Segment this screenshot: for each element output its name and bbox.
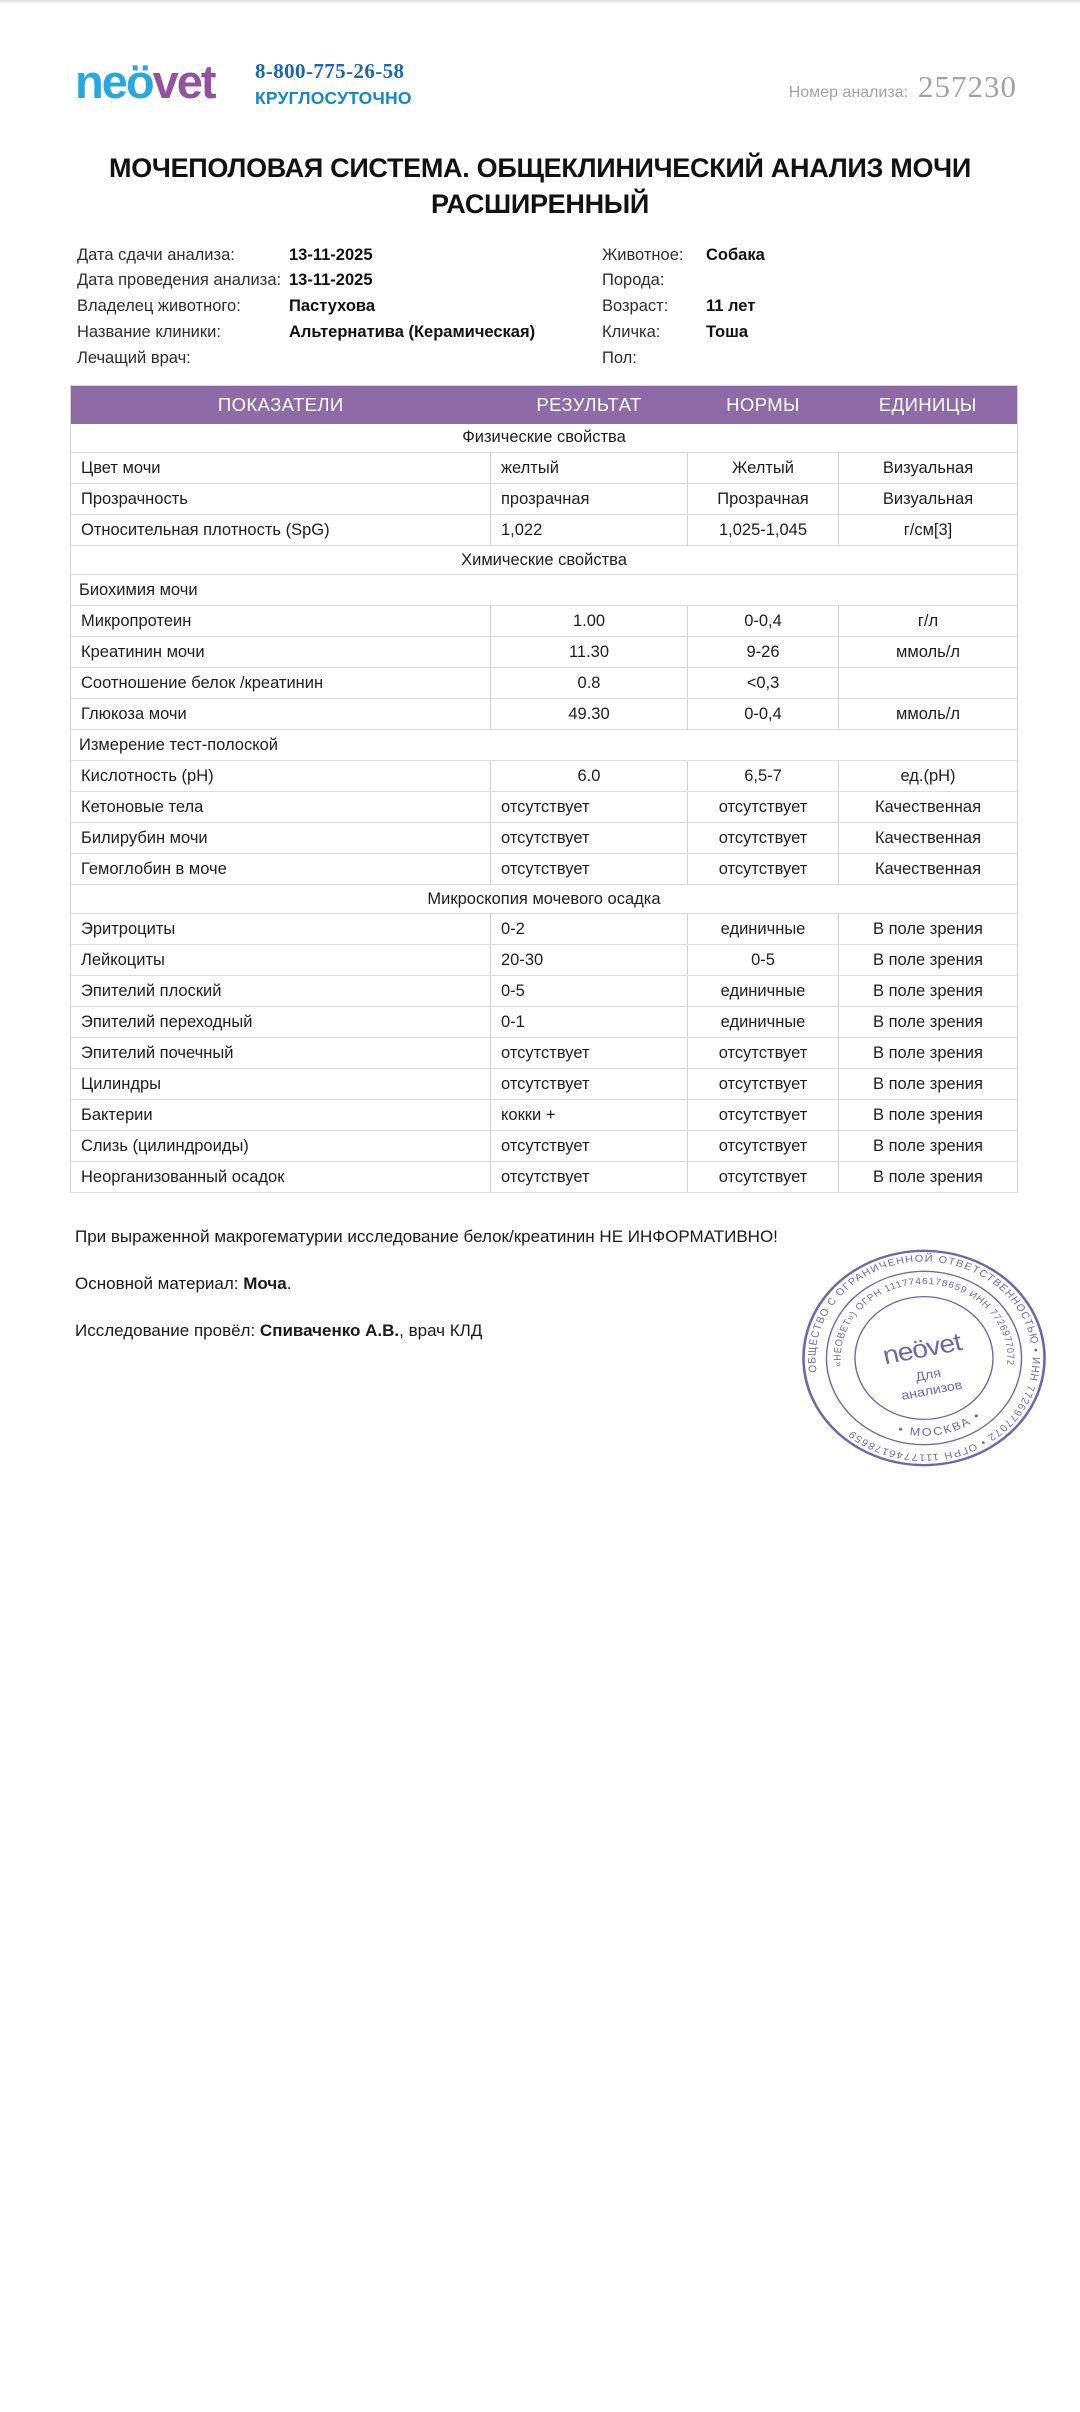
cell-norm: 0-5 xyxy=(688,945,839,976)
cell-indicator: Креатинин мочи xyxy=(71,637,491,668)
note-performed-label: Исследование провёл: xyxy=(75,1321,260,1340)
table-subsection-row: Биохимия мочи xyxy=(71,575,1018,606)
cell-norm: единичные xyxy=(688,976,839,1007)
cell-result: 0.8 xyxy=(491,668,688,699)
cell-indicator: Эпителий почечный xyxy=(71,1038,491,1069)
cell-unit: В поле зрения xyxy=(839,1131,1018,1162)
cell-indicator: Относительная плотность (SpG) xyxy=(71,515,491,546)
info-row: Название клиники:Альтернатива (Керамичес… xyxy=(77,320,602,346)
table-row: Микропротеин1.000-0,4г/л xyxy=(71,606,1018,637)
cell-norm: 0-0,4 xyxy=(688,606,839,637)
info-row: Дата сдачи анализа:13-11-2025 xyxy=(77,242,602,268)
info-value: Пастухова xyxy=(289,297,375,316)
cell-indicator: Гемоглобин в моче xyxy=(71,854,491,885)
cell-unit: ммоль/л xyxy=(839,637,1018,668)
cell-result: 1,022 xyxy=(491,515,688,546)
cell-unit: ед.(pH) xyxy=(839,761,1018,792)
info-label: Животное: xyxy=(602,246,706,265)
clinic-stamp: ОБЩЕСТВО С ОГРАНИЧЕННОЙ ОТВЕТСТВЕННОСТЬЮ… xyxy=(798,1246,1050,1470)
table-row: Неорганизованный осадокотсутствуетотсутс… xyxy=(71,1162,1018,1193)
cell-indicator: Кетоновые тела xyxy=(71,792,491,823)
info-row: Пол: xyxy=(602,345,1002,371)
lab-report-page: { "colors":{ "header_purple":"#8e6aa6", … xyxy=(0,0,1080,2412)
cell-result: 20-30 xyxy=(491,945,688,976)
note-performed-suffix: , врач КЛД xyxy=(399,1321,482,1340)
info-label: Пол: xyxy=(602,349,706,368)
info-value: Альтернатива (Керамическая) xyxy=(289,323,535,342)
info-label: Дата проведения анализа: xyxy=(77,271,289,290)
cell-norm: 9-26 xyxy=(688,637,839,668)
cell-result: отсутствует xyxy=(491,1162,688,1193)
cell-norm: 6,5-7 xyxy=(688,761,839,792)
patient-info: Дата сдачи анализа:13-11-2025Дата провед… xyxy=(77,242,1017,371)
info-value: Тоша xyxy=(706,323,748,342)
info-row: Животное:Собака xyxy=(602,242,1002,268)
info-label: Возраст: xyxy=(602,297,706,316)
cell-result: желтый xyxy=(491,453,688,484)
cell-unit: Визуальная xyxy=(839,453,1018,484)
cell-indicator: Эпителий плоский xyxy=(71,976,491,1007)
table-section-row: Микроскопия мочевого осадка xyxy=(71,885,1018,914)
table-subsection-label: Биохимия мочи xyxy=(71,575,1018,606)
cell-indicator: Цвет мочи xyxy=(71,453,491,484)
table-row: Эпителий переходный0-1единичныеВ поле зр… xyxy=(71,1007,1018,1038)
cell-indicator: Слизь (цилиндроиды) xyxy=(71,1131,491,1162)
cell-norm: отсутствует xyxy=(688,792,839,823)
cell-norm: 0-0,4 xyxy=(688,699,839,730)
info-row: Дата проведения анализа:13-11-2025 xyxy=(77,268,602,294)
cell-result: прозрачная xyxy=(491,484,688,515)
cell-norm: отсутствует xyxy=(688,823,839,854)
analysis-number-block: Номер анализа: 257230 xyxy=(789,69,1017,105)
table-section-row: Химические свойства xyxy=(71,546,1018,575)
info-label: Порода: xyxy=(602,271,706,290)
cell-unit: В поле зрения xyxy=(839,1069,1018,1100)
cell-norm: <0,3 xyxy=(688,668,839,699)
cell-indicator: Глюкоза мочи xyxy=(71,699,491,730)
cell-indicator: Неорганизованный осадок xyxy=(71,1162,491,1193)
cell-unit: В поле зрения xyxy=(839,1162,1018,1193)
table-row: Билирубин мочиотсутствуетотсутствуетКаче… xyxy=(71,823,1018,854)
cell-norm: отсутствует xyxy=(688,1069,839,1100)
stamp-logo: neövet xyxy=(880,1327,965,1369)
info-row: Возраст:11 лет xyxy=(602,294,1002,320)
table-subsection-label: Измерение тест-полоской xyxy=(71,730,1018,761)
cell-unit: Визуальная xyxy=(839,484,1018,515)
info-value: 13-11-2025 xyxy=(289,271,373,290)
info-label: Владелец животного: xyxy=(77,297,289,316)
table-section-label: Микроскопия мочевого осадка xyxy=(71,885,1018,914)
cell-unit: В поле зрения xyxy=(839,1100,1018,1131)
clinic-logo-part1: neö xyxy=(75,55,153,108)
cell-unit: В поле зрения xyxy=(839,1038,1018,1069)
cell-indicator: Соотношение белок /креатинин xyxy=(71,668,491,699)
info-label: Лечащий врач: xyxy=(77,349,289,368)
table-row: Слизь (цилиндроиды)отсутствуетотсутствуе… xyxy=(71,1131,1018,1162)
cell-indicator: Билирубин мочи xyxy=(71,823,491,854)
patient-info-left: Дата сдачи анализа:13-11-2025Дата провед… xyxy=(77,242,602,371)
table-row: Креатинин мочи11.309-26ммоль/л xyxy=(71,637,1018,668)
table-row: Соотношение белок /креатинин0.8<0,3 xyxy=(71,668,1018,699)
table-row: Эритроциты0-2единичныеВ поле зрения xyxy=(71,914,1018,945)
note-material-label: Основной материал: xyxy=(75,1274,243,1293)
cell-norm: отсутствует xyxy=(688,1162,839,1193)
cell-unit: Качественная xyxy=(839,854,1018,885)
results-table: ПОКАЗАТЕЛИРЕЗУЛЬТАТНОРМЫЕДИНИЦЫ Физическ… xyxy=(70,385,1018,1193)
cell-unit xyxy=(839,668,1018,699)
cell-unit: В поле зрения xyxy=(839,976,1018,1007)
table-row: Гемоглобин в мочеотсутствуетотсутствуетК… xyxy=(71,854,1018,885)
column-header: РЕЗУЛЬТАТ xyxy=(491,386,688,424)
cell-indicator: Эпителий переходный xyxy=(71,1007,491,1038)
note-performed-value: Спиваченко А.В. xyxy=(260,1321,399,1340)
info-value: 11 лет xyxy=(706,297,755,316)
table-row: Бактериикокки +отсутствуетВ поле зрения xyxy=(71,1100,1018,1131)
table-row: Эпителий почечныйотсутствуетотсутствуетВ… xyxy=(71,1038,1018,1069)
top-divider xyxy=(0,0,1080,3)
cell-result: 1.00 xyxy=(491,606,688,637)
info-label: Название клиники: xyxy=(77,323,289,342)
cell-norm: Прозрачная xyxy=(688,484,839,515)
cell-indicator: Цилиндры xyxy=(71,1069,491,1100)
cell-result: 0-5 xyxy=(491,976,688,1007)
cell-unit: В поле зрения xyxy=(839,1007,1018,1038)
cell-norm: отсутствует xyxy=(688,854,839,885)
cell-unit: г/см[3] xyxy=(839,515,1018,546)
cell-result: отсутствует xyxy=(491,792,688,823)
info-row: Лечащий врач: xyxy=(77,345,602,371)
cell-indicator: Прозрачность xyxy=(71,484,491,515)
table-section-row: Физические свойства xyxy=(71,424,1018,453)
cell-unit: г/л xyxy=(839,606,1018,637)
note-material-suffix: . xyxy=(287,1274,292,1293)
column-header: НОРМЫ xyxy=(688,386,839,424)
note-material-value: Моча xyxy=(243,1274,286,1293)
info-row: Владелец животного:Пастухова xyxy=(77,294,602,320)
cell-norm: отсутствует xyxy=(688,1038,839,1069)
cell-result: 49.30 xyxy=(491,699,688,730)
cell-norm: 1,025-1,045 xyxy=(688,515,839,546)
table-row: Относительная плотность (SpG)1,0221,025-… xyxy=(71,515,1018,546)
cell-norm: единичные xyxy=(688,1007,839,1038)
cell-result: 6.0 xyxy=(491,761,688,792)
cell-result: отсутствует xyxy=(491,854,688,885)
cell-result: отсутствует xyxy=(491,1038,688,1069)
clinic-stamp-svg: ОБЩЕСТВО С ОГРАНИЧЕННОЙ ОТВЕТСТВЕННОСТЬЮ… xyxy=(798,1246,1050,1470)
info-row: Порода: xyxy=(602,268,1002,294)
table-section-label: Химические свойства xyxy=(71,546,1018,575)
cell-indicator: Кислотность (pH) xyxy=(71,761,491,792)
cell-indicator: Эритроциты xyxy=(71,914,491,945)
table-body: Физические свойстваЦвет мочижелтыйЖелтый… xyxy=(71,424,1018,1193)
phone-availability: КРУГЛОСУТОЧНО xyxy=(255,88,412,109)
analysis-number-label: Номер анализа: xyxy=(789,84,908,102)
cell-unit: ммоль/л xyxy=(839,699,1018,730)
cell-result: отсутствует xyxy=(491,1131,688,1162)
phone-number: 8-800-775-26-58 xyxy=(255,59,412,84)
cell-result: отсутствует xyxy=(491,1069,688,1100)
column-header: ПОКАЗАТЕЛИ xyxy=(71,386,491,424)
table-subsection-row: Измерение тест-полоской xyxy=(71,730,1018,761)
column-header: ЕДИНИЦЫ xyxy=(839,386,1018,424)
table-row: ЦилиндрыотсутствуетотсутствуетВ поле зре… xyxy=(71,1069,1018,1100)
cell-norm: отсутствует xyxy=(688,1100,839,1131)
cell-unit: Качественная xyxy=(839,792,1018,823)
table-header-row: ПОКАЗАТЕЛИРЕЗУЛЬТАТНОРМЫЕДИНИЦЫ xyxy=(71,386,1018,424)
report-header: neövet 8-800-775-26-58 КРУГЛОСУТОЧНО Ном… xyxy=(75,53,1017,121)
cell-indicator: Микропротеин xyxy=(71,606,491,637)
cell-norm: единичные xyxy=(688,914,839,945)
cell-unit: В поле зрения xyxy=(839,945,1018,976)
table-row: Лейкоциты20-300-5В поле зрения xyxy=(71,945,1018,976)
cell-indicator: Лейкоциты xyxy=(71,945,491,976)
cell-norm: отсутствует xyxy=(688,1131,839,1162)
info-value: Собака xyxy=(706,246,765,265)
info-label: Дата сдачи анализа: xyxy=(77,246,289,265)
clinic-logo-part2: vet xyxy=(153,55,215,108)
table-row: Цвет мочижелтыйЖелтыйВизуальная xyxy=(71,453,1018,484)
cell-result: 0-2 xyxy=(491,914,688,945)
cell-unit: В поле зрения xyxy=(839,914,1018,945)
table-row: Эпителий плоский0-5единичныеВ поле зрени… xyxy=(71,976,1018,1007)
stamp-city-text: • МОСКВА • xyxy=(894,1407,987,1445)
note-warning: При выраженной макрогематурии исследован… xyxy=(75,1227,1017,1247)
clinic-logo: neövet xyxy=(75,53,215,111)
info-row: Кличка:Тоша xyxy=(602,320,1002,346)
cell-result: отсутствует xyxy=(491,823,688,854)
analysis-number-value: 257230 xyxy=(918,69,1017,105)
table-row: Кислотность (pH)6.06,5-7ед.(pH) xyxy=(71,761,1018,792)
cell-result: 11.30 xyxy=(491,637,688,668)
cell-result: 0-1 xyxy=(491,1007,688,1038)
report-title: МОЧЕПОЛОВАЯ СИСТЕМА. ОБЩЕКЛИНИЧЕСКИЙ АНА… xyxy=(85,151,995,222)
info-value: 13-11-2025 xyxy=(289,246,373,265)
table-row: Кетоновые телаотсутствуетотсутствуетКаче… xyxy=(71,792,1018,823)
cell-result: кокки + xyxy=(491,1100,688,1131)
table-row: ПрозрачностьпрозрачнаяПрозрачнаяВизуальн… xyxy=(71,484,1018,515)
table-section-label: Физические свойства xyxy=(71,424,1018,453)
info-label: Кличка: xyxy=(602,323,706,342)
cell-indicator: Бактерии xyxy=(71,1100,491,1131)
cell-norm: Желтый xyxy=(688,453,839,484)
table-row: Глюкоза мочи49.300-0,4ммоль/л xyxy=(71,699,1018,730)
phone-block: 8-800-775-26-58 КРУГЛОСУТОЧНО xyxy=(255,59,412,109)
patient-info-right: Животное:СобакаПорода:Возраст:11 летКлич… xyxy=(602,242,1002,371)
cell-unit: Качественная xyxy=(839,823,1018,854)
